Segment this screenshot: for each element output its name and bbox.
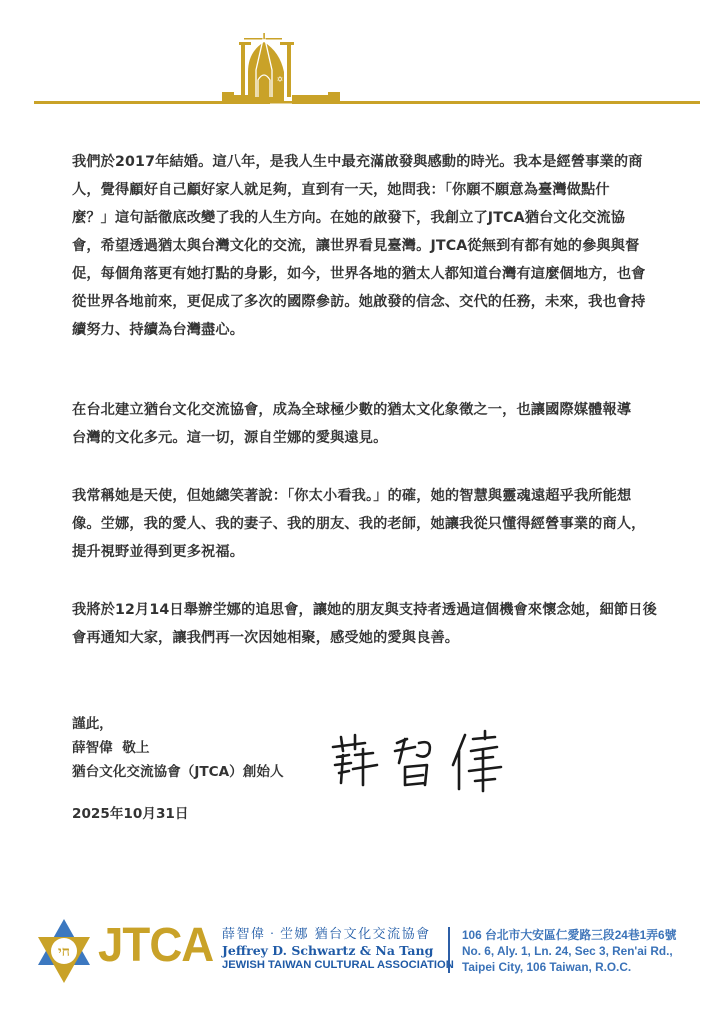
letterhead-header: ✡ xyxy=(0,0,724,110)
address-line-en-2: Taipei City, 106 Taiwan, R.O.C. xyxy=(462,959,676,975)
text-line: 續努力、持續為台灣盡心。 xyxy=(72,316,646,344)
text-line: 在台北建立猶台文化交流協會，成為全球極少數的猶太文化象徵之一，也讓國際媒體報導 xyxy=(72,396,631,424)
brand-wordmark: JTCA xyxy=(98,919,213,973)
paragraph-4: 我將於12月14日舉辦坣娜的追思會，讓她的朋友與支持者透過這個機會來懷念她，細節… xyxy=(72,596,657,652)
text-line: 台灣的文化多元。這一切，源自坣娜的愛與遠見。 xyxy=(72,424,631,452)
letterhead-footer: חי JTCA 薛智偉‧坣娜 猶台文化交流協會 Jeffrey D. Schwa… xyxy=(0,905,724,995)
signer-name: 薛智偉 敬上 xyxy=(72,736,284,760)
text-line: 會再通知大家，讓我們再一次因她相聚，感受她的愛與良善。 xyxy=(72,624,657,652)
text-line: 促，每個角落更有她打點的身影，如今，世界各地的猶太人都知道台灣有這麼個地方，也會 xyxy=(72,260,646,288)
paragraph-3: 我常稱她是天使，但她總笑著說：「你太小看我。」的確，她的智慧與靈魂遠超乎我所能想… xyxy=(72,482,646,566)
text-line: 我們於2017年結婚。這八年，是我人生中最充滿啟發與感動的時光。我本是經營事業的… xyxy=(72,148,646,176)
letter-closing: 謹此， 薛智偉 敬上 猶台文化交流協會（JTCA）創始人 xyxy=(72,712,284,784)
text-line: 麼？」這句話徹底改變了我的人生方向。在她的啟發下，我創立了JTCA猶台文化交流協 xyxy=(72,204,646,232)
star-of-david-chai-icon: חי xyxy=(32,915,96,987)
paragraph-1: 我們於2017年結婚。這八年，是我人生中最充滿啟發與感動的時光。我本是經營事業的… xyxy=(72,148,646,344)
paragraph-2: 在台北建立猶台文化交流協會，成為全球極少數的猶太文化象徵之一，也讓國際媒體報導 … xyxy=(72,396,631,452)
text-line: 從世界各地前來，更促成了多次的國際參訪。她啟發的信念、交代的任務，未來，我也會持 xyxy=(72,288,646,316)
org-name-en: Jeffrey D. Schwartz & Na Tang xyxy=(222,943,454,958)
handwritten-signature xyxy=(325,725,515,795)
org-name-zh: 薛智偉‧坣娜 猶台文化交流協會 xyxy=(222,927,454,943)
text-line: 提升視野並得到更多祝福。 xyxy=(72,538,646,566)
letter-date: 2025年10月31日 xyxy=(72,802,188,822)
organization-name-block: 薛智偉‧坣娜 猶台文化交流協會 Jeffrey D. Schwartz & Na… xyxy=(222,927,454,972)
address-line-en-1: No. 6, Aly. 1, Ln. 24, Sec 3, Ren'ai Rd.… xyxy=(462,943,676,959)
text-line: 像。坣娜，我的愛人、我的妻子、我的朋友、我的老師，她讓我從只懂得經營事業的商人， xyxy=(72,510,646,538)
salutation: 謹此， xyxy=(72,712,284,736)
address-line-zh: 106 台北市大安區仁愛路三段24巷1弄6號 xyxy=(462,927,676,943)
text-line: 我常稱她是天使，但她總笑著說：「你太小看我。」的確，她的智慧與靈魂遠超乎我所能想 xyxy=(72,482,646,510)
text-line: 人，覺得顧好自己顧好家人就足夠，直到有一天，她問我：「你願不願意為臺灣做點什 xyxy=(72,176,646,204)
footer-divider xyxy=(448,927,450,973)
text-line: 會，希望透過猶太與台灣文化的交流，讓世界看見臺灣。JTCA從無到有都有她的參與與… xyxy=(72,232,646,260)
signer-title: 猶台文化交流協會（JTCA）創始人 xyxy=(72,760,284,784)
org-name-en-full: JEWISH TAIWAN CULTURAL ASSOCIATION xyxy=(222,958,454,972)
svg-text:חי: חי xyxy=(58,944,70,960)
text-line: 我將於12月14日舉辦坣娜的追思會，讓她的朋友與支持者透過這個機會來懷念她，細節… xyxy=(72,596,657,624)
address-block: 106 台北市大安區仁愛路三段24巷1弄6號 No. 6, Aly. 1, Ln… xyxy=(462,927,676,975)
svg-text:✡: ✡ xyxy=(277,75,284,84)
synagogue-arch-logo-icon: ✡ xyxy=(0,0,724,110)
